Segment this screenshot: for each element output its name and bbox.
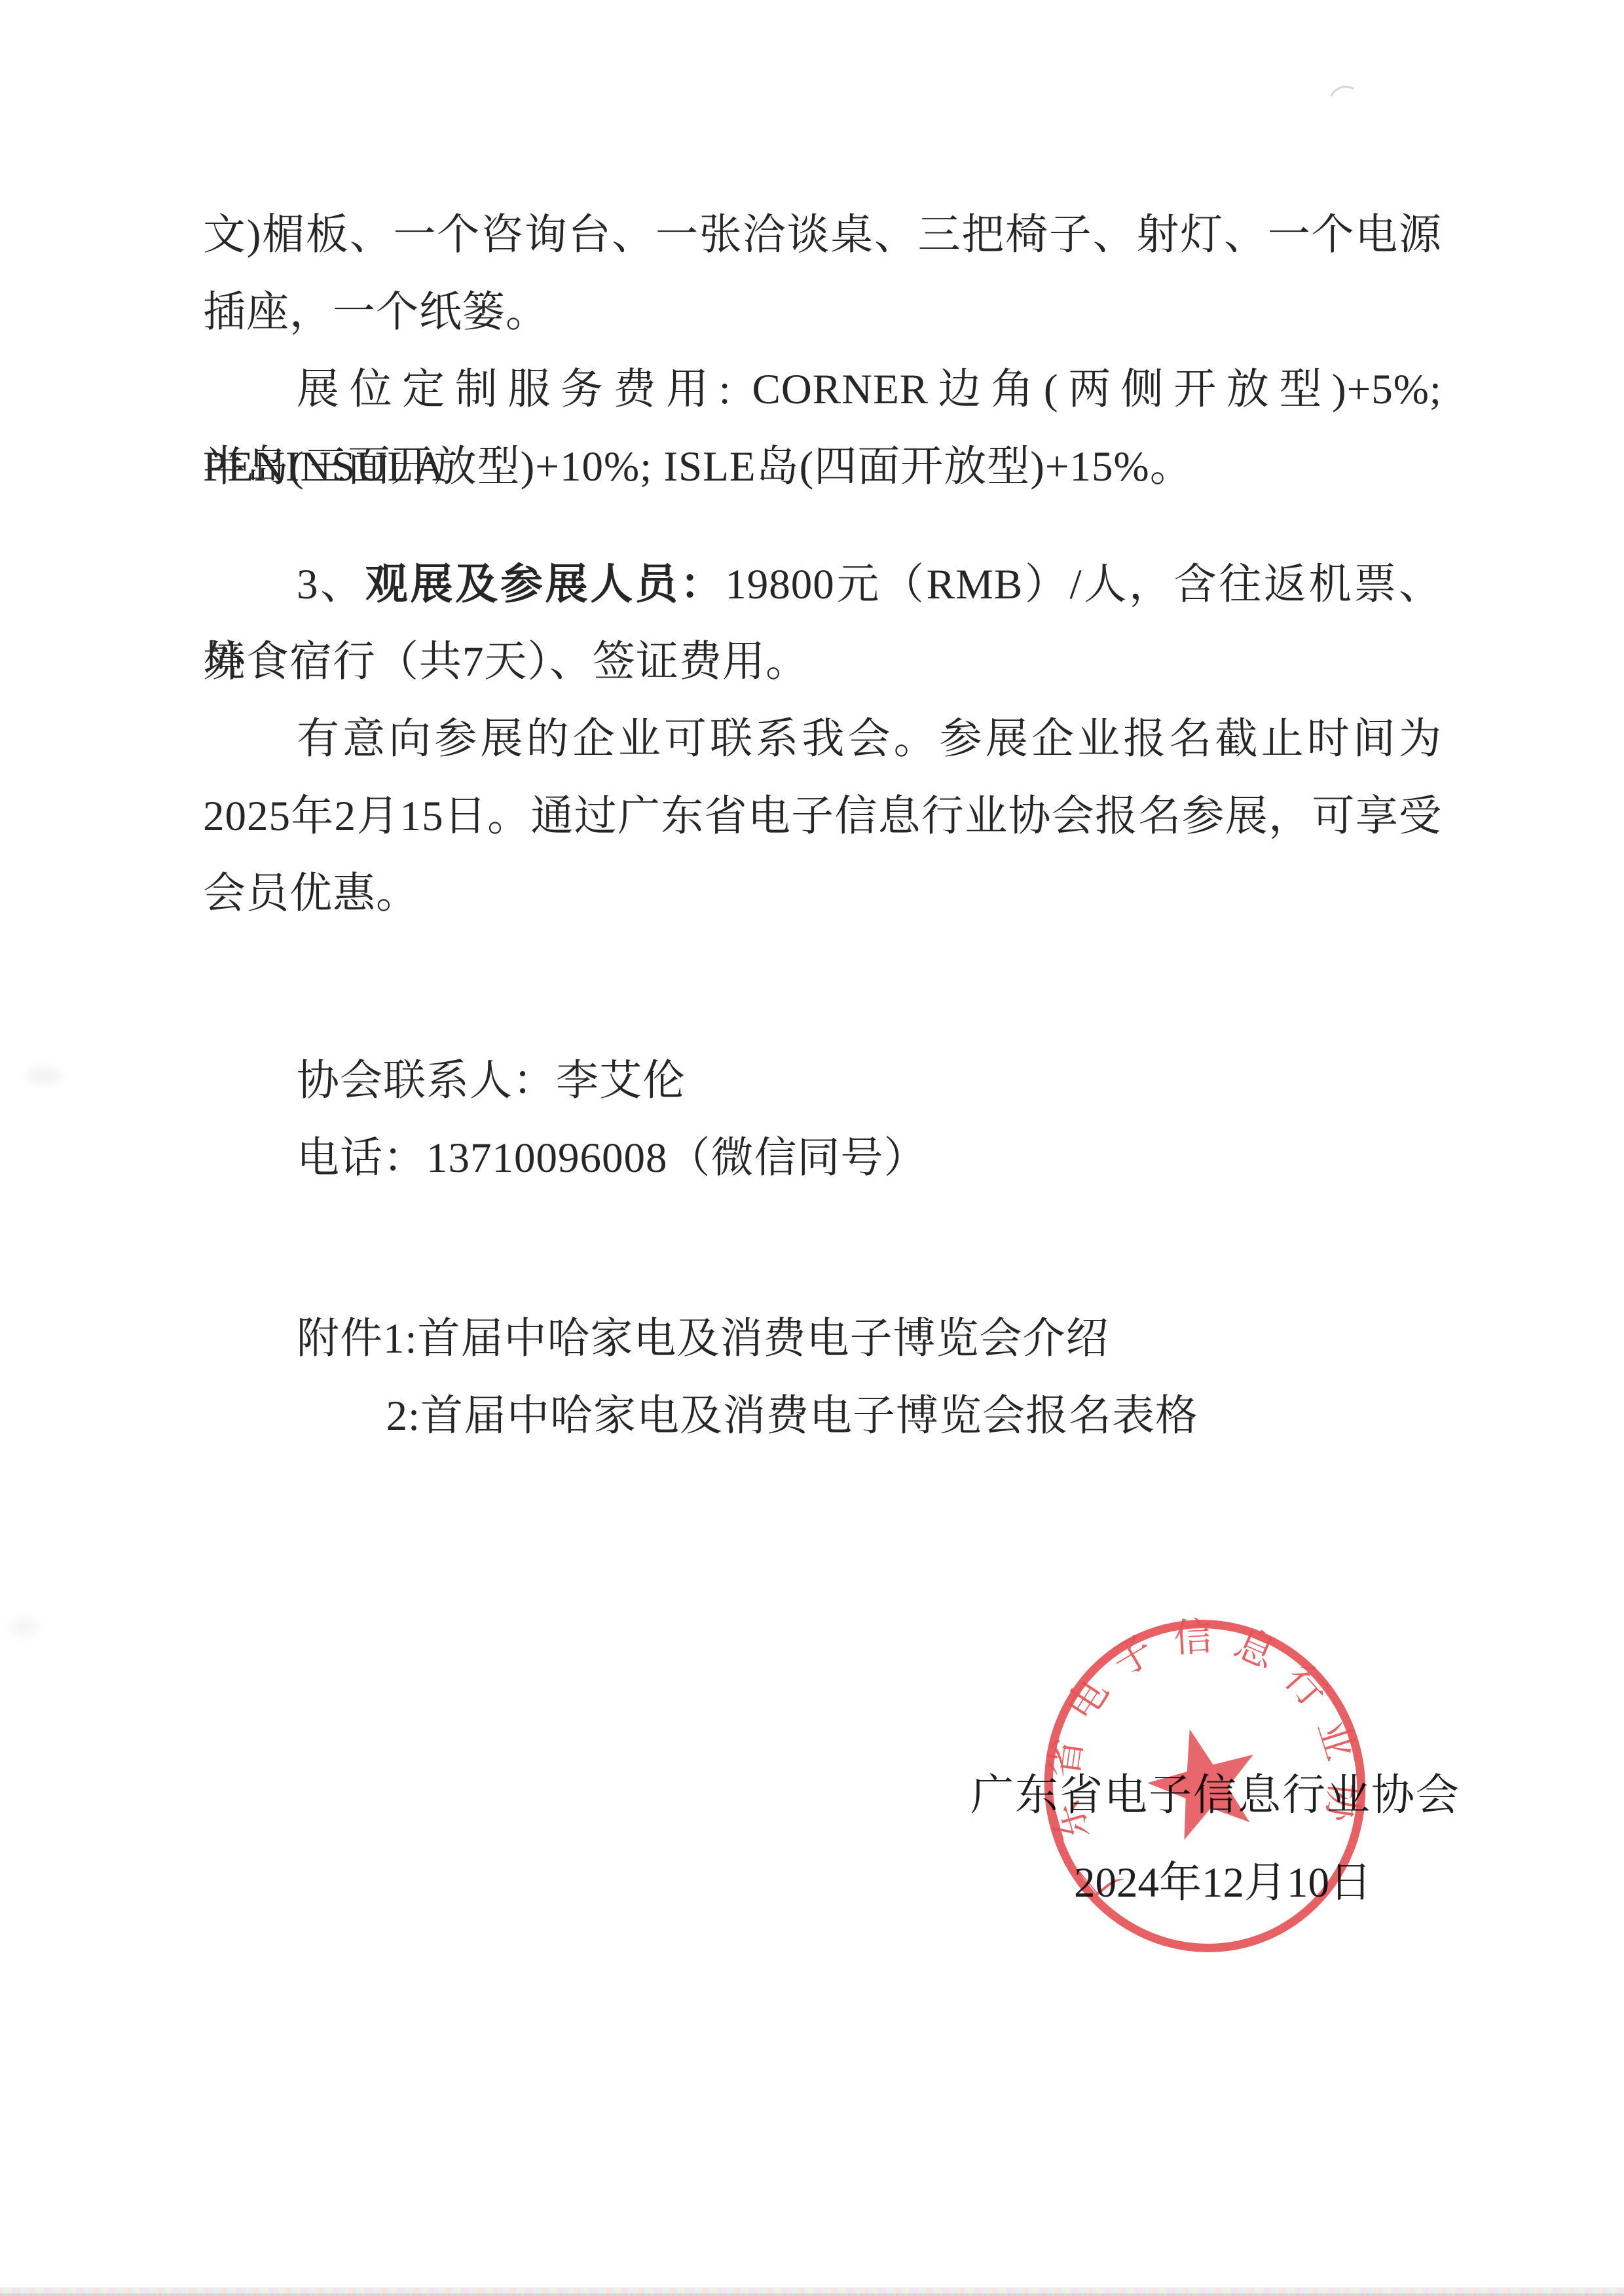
blank-line [203,1197,1442,1300]
body-line: 协会联系人：李艾伦 [203,1042,1442,1120]
letter-body: 文)楣板、一个咨询台、一张洽谈桌、三把椅子、射灯、一个电源插座，一个纸篓。展位定… [203,196,1442,1455]
scan-smudge [9,1617,39,1637]
seal-star-icon [1137,1715,1270,1845]
scan-smudge [25,1067,63,1084]
document-page: 文)楣板、一个咨询台、一张洽谈桌、三把椅子、射灯、一个电源插座，一个纸篓。展位定… [0,0,1624,2296]
body-line: 会员优惠。 [203,855,1442,932]
scan-noise-strip [0,2287,1624,2296]
emphasis-text: 观展及参展人员： [365,561,725,608]
body-line: 半岛(三面开放型)+10%; ISLE岛(四面开放型)+15%。 [203,428,1442,505]
body-line: 有意向参展的企业可联系我会。参展企业报名截止时间为 [203,701,1442,778]
body-text: 3、 [297,561,365,608]
blank-line [203,932,1442,1042]
body-line: 展位定制服务费用: CORNER边角(两侧开放型)+5%; PENINSULA [203,351,1442,428]
official-seal-stamp: 广东省电子信息行业协会 [1035,1612,1375,1965]
body-line: 3、观展及参展人员：19800元（RMB）/人，含往返机票、境 [203,546,1442,623]
scan-artifact-mark-icon [1329,81,1356,101]
body-line: 2025年2月15日。通过广东省电子信息行业协会报名参展，可享受 [203,778,1442,855]
body-line: 外食宿行（共7天）、签证费用。 [203,623,1442,701]
body-line: 插座，一个纸篓。 [203,274,1442,351]
body-line: 附件1:首届中哈家电及消费电子博览会介绍 [203,1300,1442,1377]
body-line: 2:首届中哈家电及消费电子博览会报名表格 [203,1377,1442,1455]
body-line: 文)楣板、一个咨询台、一张洽谈桌、三把椅子、射灯、一个电源 [203,196,1442,274]
body-line: 电话：13710096008（微信同号） [203,1120,1442,1197]
